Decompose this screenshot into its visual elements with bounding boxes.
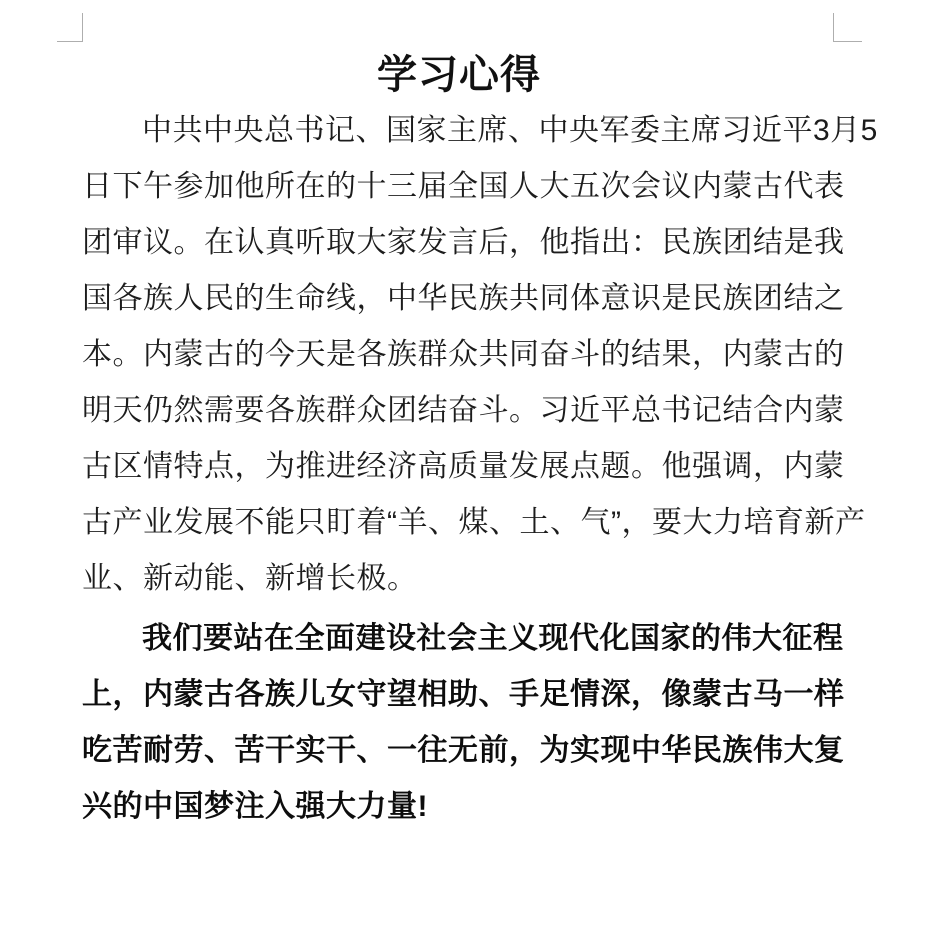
text-line: 国各族人民的生命线，中华民族共同体意识是民族团结之 <box>82 271 836 327</box>
text-line: 兴的中国梦注入强大力量! <box>82 779 836 835</box>
text-line: 业、新动能、新增长极。 <box>82 551 836 607</box>
text-line: 古区情特点，为推进经济高质量发展点题。他强调，内蒙 <box>82 439 836 495</box>
text-line: 本。内蒙古的今天是各族群众共同奋斗的结果，内蒙古的 <box>82 327 836 383</box>
text-line: 中共中央总书记、国家主席、中央军委主席习近平3月5 <box>82 103 836 159</box>
document-page: 学习心得 中共中央总书记、国家主席、中央军委主席习近平3月5 日下午参加他所在的… <box>0 0 939 939</box>
text-line: 明天仍然需要各族群众团结奋斗。习近平总书记结合内蒙 <box>82 383 836 439</box>
text-line: 古产业发展不能只盯着“羊、煤、土、气”，要大力培育新产 <box>82 495 836 551</box>
document-title: 学习心得 <box>82 47 836 103</box>
text-line: 吃苦耐劳、苦干实干、一往无前，为实现中华民族伟大复 <box>82 723 836 779</box>
text-line: 我们要站在全面建设社会主义现代化国家的伟大征程 <box>82 611 836 667</box>
margin-corner-mark-top-left <box>57 13 83 42</box>
text-line: 团审议。在认真听取大家发言后，他指出：民族团结是我 <box>82 215 836 271</box>
text-line: 日下午参加他所在的十三届全国人大五次会议内蒙古代表 <box>82 159 836 215</box>
document-content: 学习心得 中共中央总书记、国家主席、中央军委主席习近平3月5 日下午参加他所在的… <box>82 47 836 835</box>
text-line: 上，内蒙古各族儿女守望相助、手足情深，像蒙古马一样 <box>82 667 836 723</box>
paragraph-2: 我们要站在全面建设社会主义现代化国家的伟大征程 上，内蒙古各族儿女守望相助、手足… <box>82 611 836 835</box>
paragraph-1: 中共中央总书记、国家主席、中央军委主席习近平3月5 日下午参加他所在的十三届全国… <box>82 103 836 607</box>
margin-corner-mark-top-right <box>833 13 862 42</box>
